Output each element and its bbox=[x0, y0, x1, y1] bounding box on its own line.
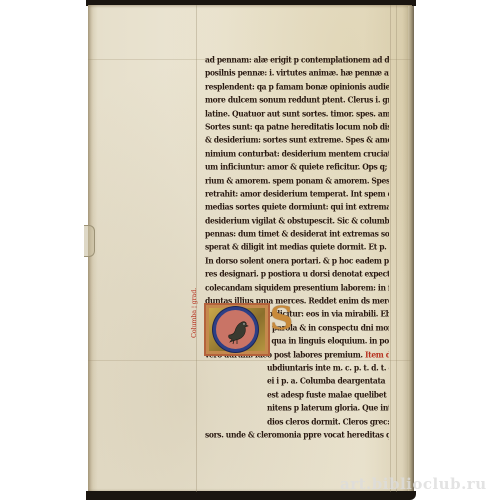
illuminated-initial: S bbox=[270, 299, 290, 337]
ruling-line-left bbox=[196, 5, 197, 492]
rubric-heading: Item de columba. bbox=[365, 349, 389, 359]
ruling-line-right bbox=[390, 5, 391, 492]
binding-clasp bbox=[84, 225, 95, 257]
text-column: ad pennam: alæ erigit p contemplationem … bbox=[205, 53, 389, 441]
dove-icon bbox=[225, 318, 253, 346]
marginal-note: Columba ¦ grad. bbox=[190, 294, 202, 338]
text-line: sors. unde & cleromonia ppre vocat hered… bbox=[205, 427, 389, 442]
roundel bbox=[213, 307, 258, 352]
ruling-line-right-outer bbox=[396, 5, 397, 492]
watermark: art.biblioclub.ru bbox=[340, 475, 487, 493]
page-fore-edge bbox=[408, 6, 414, 492]
miniature-illustration bbox=[204, 303, 270, 356]
